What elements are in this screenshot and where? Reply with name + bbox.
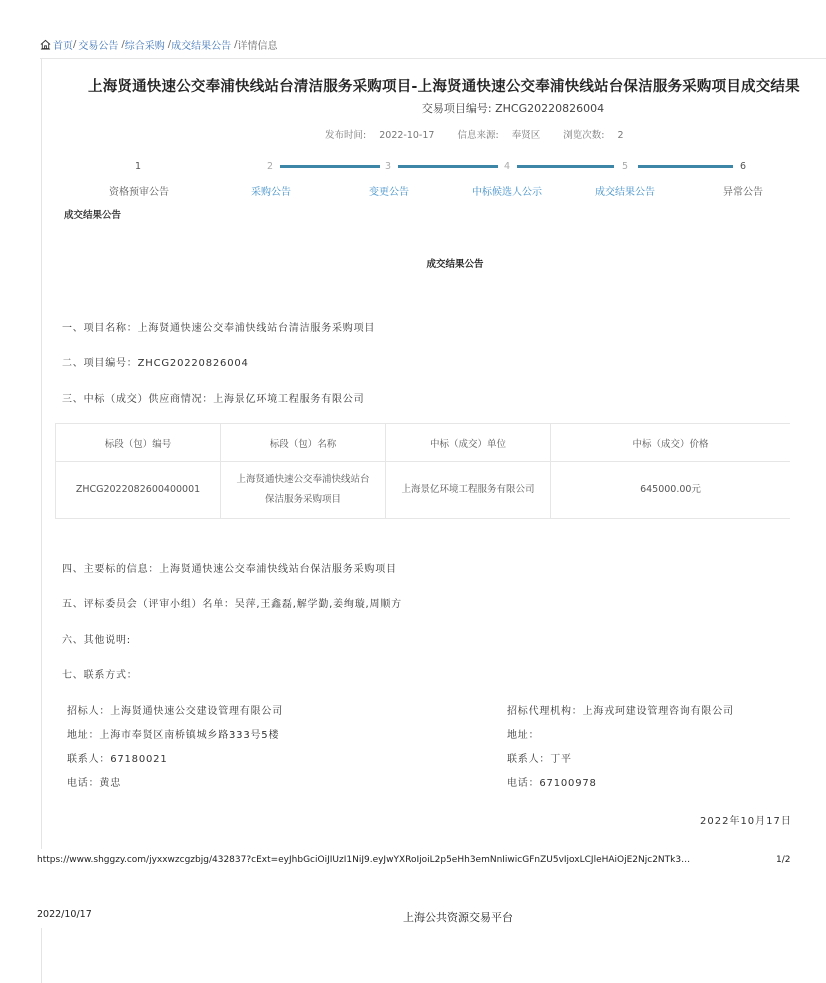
step-result-notice[interactable]: 成交结果公告 — [595, 183, 655, 198]
col-winner: 中标（成交）单位 — [386, 424, 551, 462]
table-row: ZHCG2022082600400001 上海贤通快速公交奉浦快线站台 保洁服务… — [56, 462, 791, 519]
step-number: 6 — [733, 161, 753, 172]
item-other-notes: 六、其他说明: — [62, 631, 131, 646]
step-number: 4 — [497, 161, 517, 172]
cell-lot-number: ZHCG2022082600400001 — [56, 462, 221, 519]
section-heading: 成交结果公告 — [64, 207, 121, 221]
breadcrumb-home[interactable]: 首页 — [53, 37, 73, 52]
project-number-label: 交易项目编号: — [422, 102, 492, 115]
print-url: https://www.shggzy.com/jyxxwzcgzbjg/4328… — [37, 855, 690, 865]
step-exception-notice: 异常公告 — [723, 183, 763, 198]
project-number-value: ZHCG20220826004 — [495, 102, 604, 115]
step-change-notice[interactable]: 变更公告 — [369, 183, 409, 198]
step-connector — [280, 165, 380, 168]
breadcrumb-divider — [40, 58, 826, 59]
col-price: 中标（成交）价格 — [551, 424, 791, 462]
step-number: 5 — [615, 161, 635, 172]
notice-heading: 成交结果公告 — [0, 256, 826, 270]
breadcrumb-result-announcements[interactable]: 成交结果公告 — [171, 37, 231, 52]
item-main-subject: 四、主要标的信息：上海贤通快速公交奉浦快线站台保洁服务采购项目 — [62, 560, 397, 575]
breadcrumb-separator: / — [73, 39, 76, 50]
views-count: 2 — [618, 130, 624, 141]
publish-time-label: 发布时间: — [325, 130, 366, 141]
project-number: 交易项目编号: ZHCG20220826004 — [0, 100, 826, 116]
table-header-row: 标段（包）编号 标段（包）名称 中标（成交）单位 中标（成交）价格 — [56, 424, 791, 462]
tenderer-name: 招标人：上海贤通快速公交建设管理有限公司 — [67, 702, 283, 717]
step-procurement-notice[interactable]: 采购公告 — [251, 183, 291, 198]
step-connector — [517, 165, 614, 168]
step-prequalification: 资格预审公告 — [109, 183, 169, 198]
tenderer-address: 地址：上海市奉贤区南桥镇城乡路333号5楼 — [67, 726, 279, 741]
breadcrumb-trade-announcements[interactable]: 交易公告 — [78, 37, 118, 52]
step-number: 1 — [128, 161, 148, 172]
print-site-title: 上海公共资源交易平台 — [403, 909, 513, 925]
publish-time: 2022-10-17 — [379, 130, 434, 141]
item-contact-heading: 七、联系方式： — [62, 666, 138, 681]
cell-lot-name: 上海贤通快速公交奉浦快线站台 保洁服务采购项目 — [221, 462, 386, 519]
content-border — [41, 59, 42, 849]
step-connector — [398, 165, 498, 168]
publish-meta: 发布时间: 2022-10-17 信息来源: 奉贤区 浏览次数: 2 — [325, 127, 644, 141]
source-label: 信息来源: — [457, 130, 498, 141]
agency-contact: 联系人：丁平 — [507, 750, 572, 765]
sign-date: 2022年10月17日 — [700, 812, 792, 827]
tenderer-phone: 电话：黄忠 — [67, 774, 121, 789]
col-lot-number: 标段（包）编号 — [56, 424, 221, 462]
step-number: 3 — [378, 161, 398, 172]
agency-phone: 电话：67100978 — [507, 774, 597, 789]
col-lot-name: 标段（包）名称 — [221, 424, 386, 462]
item-supplier: 三、中标（成交）供应商情况：上海景亿环境工程服务有限公司 — [62, 390, 364, 405]
cell-winner: 上海景亿环境工程服务有限公司 — [386, 462, 551, 519]
page-title: 上海贤通快速公交奉浦快线站台清洁服务采购项目-上海贤通快速公交奉浦快线站台保洁服… — [88, 75, 826, 96]
agency-address: 地址： — [507, 726, 539, 741]
item-committee: 五、评标委员会（评审小组）名单：吴萍,王鑫磊,解学勤,姜绚璇,周顺方 — [62, 595, 402, 610]
step-number: 2 — [260, 161, 280, 172]
item-project-number: 二、项目编号：ZHCG20220826004 — [62, 354, 249, 369]
home-icon — [40, 39, 51, 50]
result-table: 标段（包）编号 标段（包）名称 中标（成交）单位 中标（成交）价格 ZHCG20… — [55, 423, 790, 519]
breadcrumb-comprehensive-procurement[interactable]: 综合采购 — [125, 37, 165, 52]
tenderer-contact: 联系人：67180021 — [67, 750, 168, 765]
step-candidate-publicity[interactable]: 中标候选人公示 — [472, 183, 542, 198]
views-label: 浏览次数: — [563, 130, 604, 141]
cell-price: 645000.00元 — [551, 462, 791, 519]
print-date: 2022/10/17 — [37, 909, 92, 920]
item-project-name: 一、项目名称：上海贤通快速公交奉浦快线站台清洁服务采购项目 — [62, 319, 375, 334]
lot-name-line: 保洁服务采购项目 — [265, 494, 341, 505]
lot-name-line: 上海贤通快速公交奉浦快线站台 — [236, 474, 369, 485]
content-border — [41, 928, 42, 983]
agency-name: 招标代理机构：上海戎珂建设管理咨询有限公司 — [507, 702, 734, 717]
breadcrumb-current: 详情信息 — [238, 37, 278, 52]
page-number: 1/2 — [776, 855, 790, 865]
step-connector — [638, 165, 733, 168]
breadcrumb: 首页 / 交易公告 / 综合采购 / 成交结果公告 / 详情信息 — [40, 37, 278, 52]
source: 奉贤区 — [512, 130, 541, 141]
